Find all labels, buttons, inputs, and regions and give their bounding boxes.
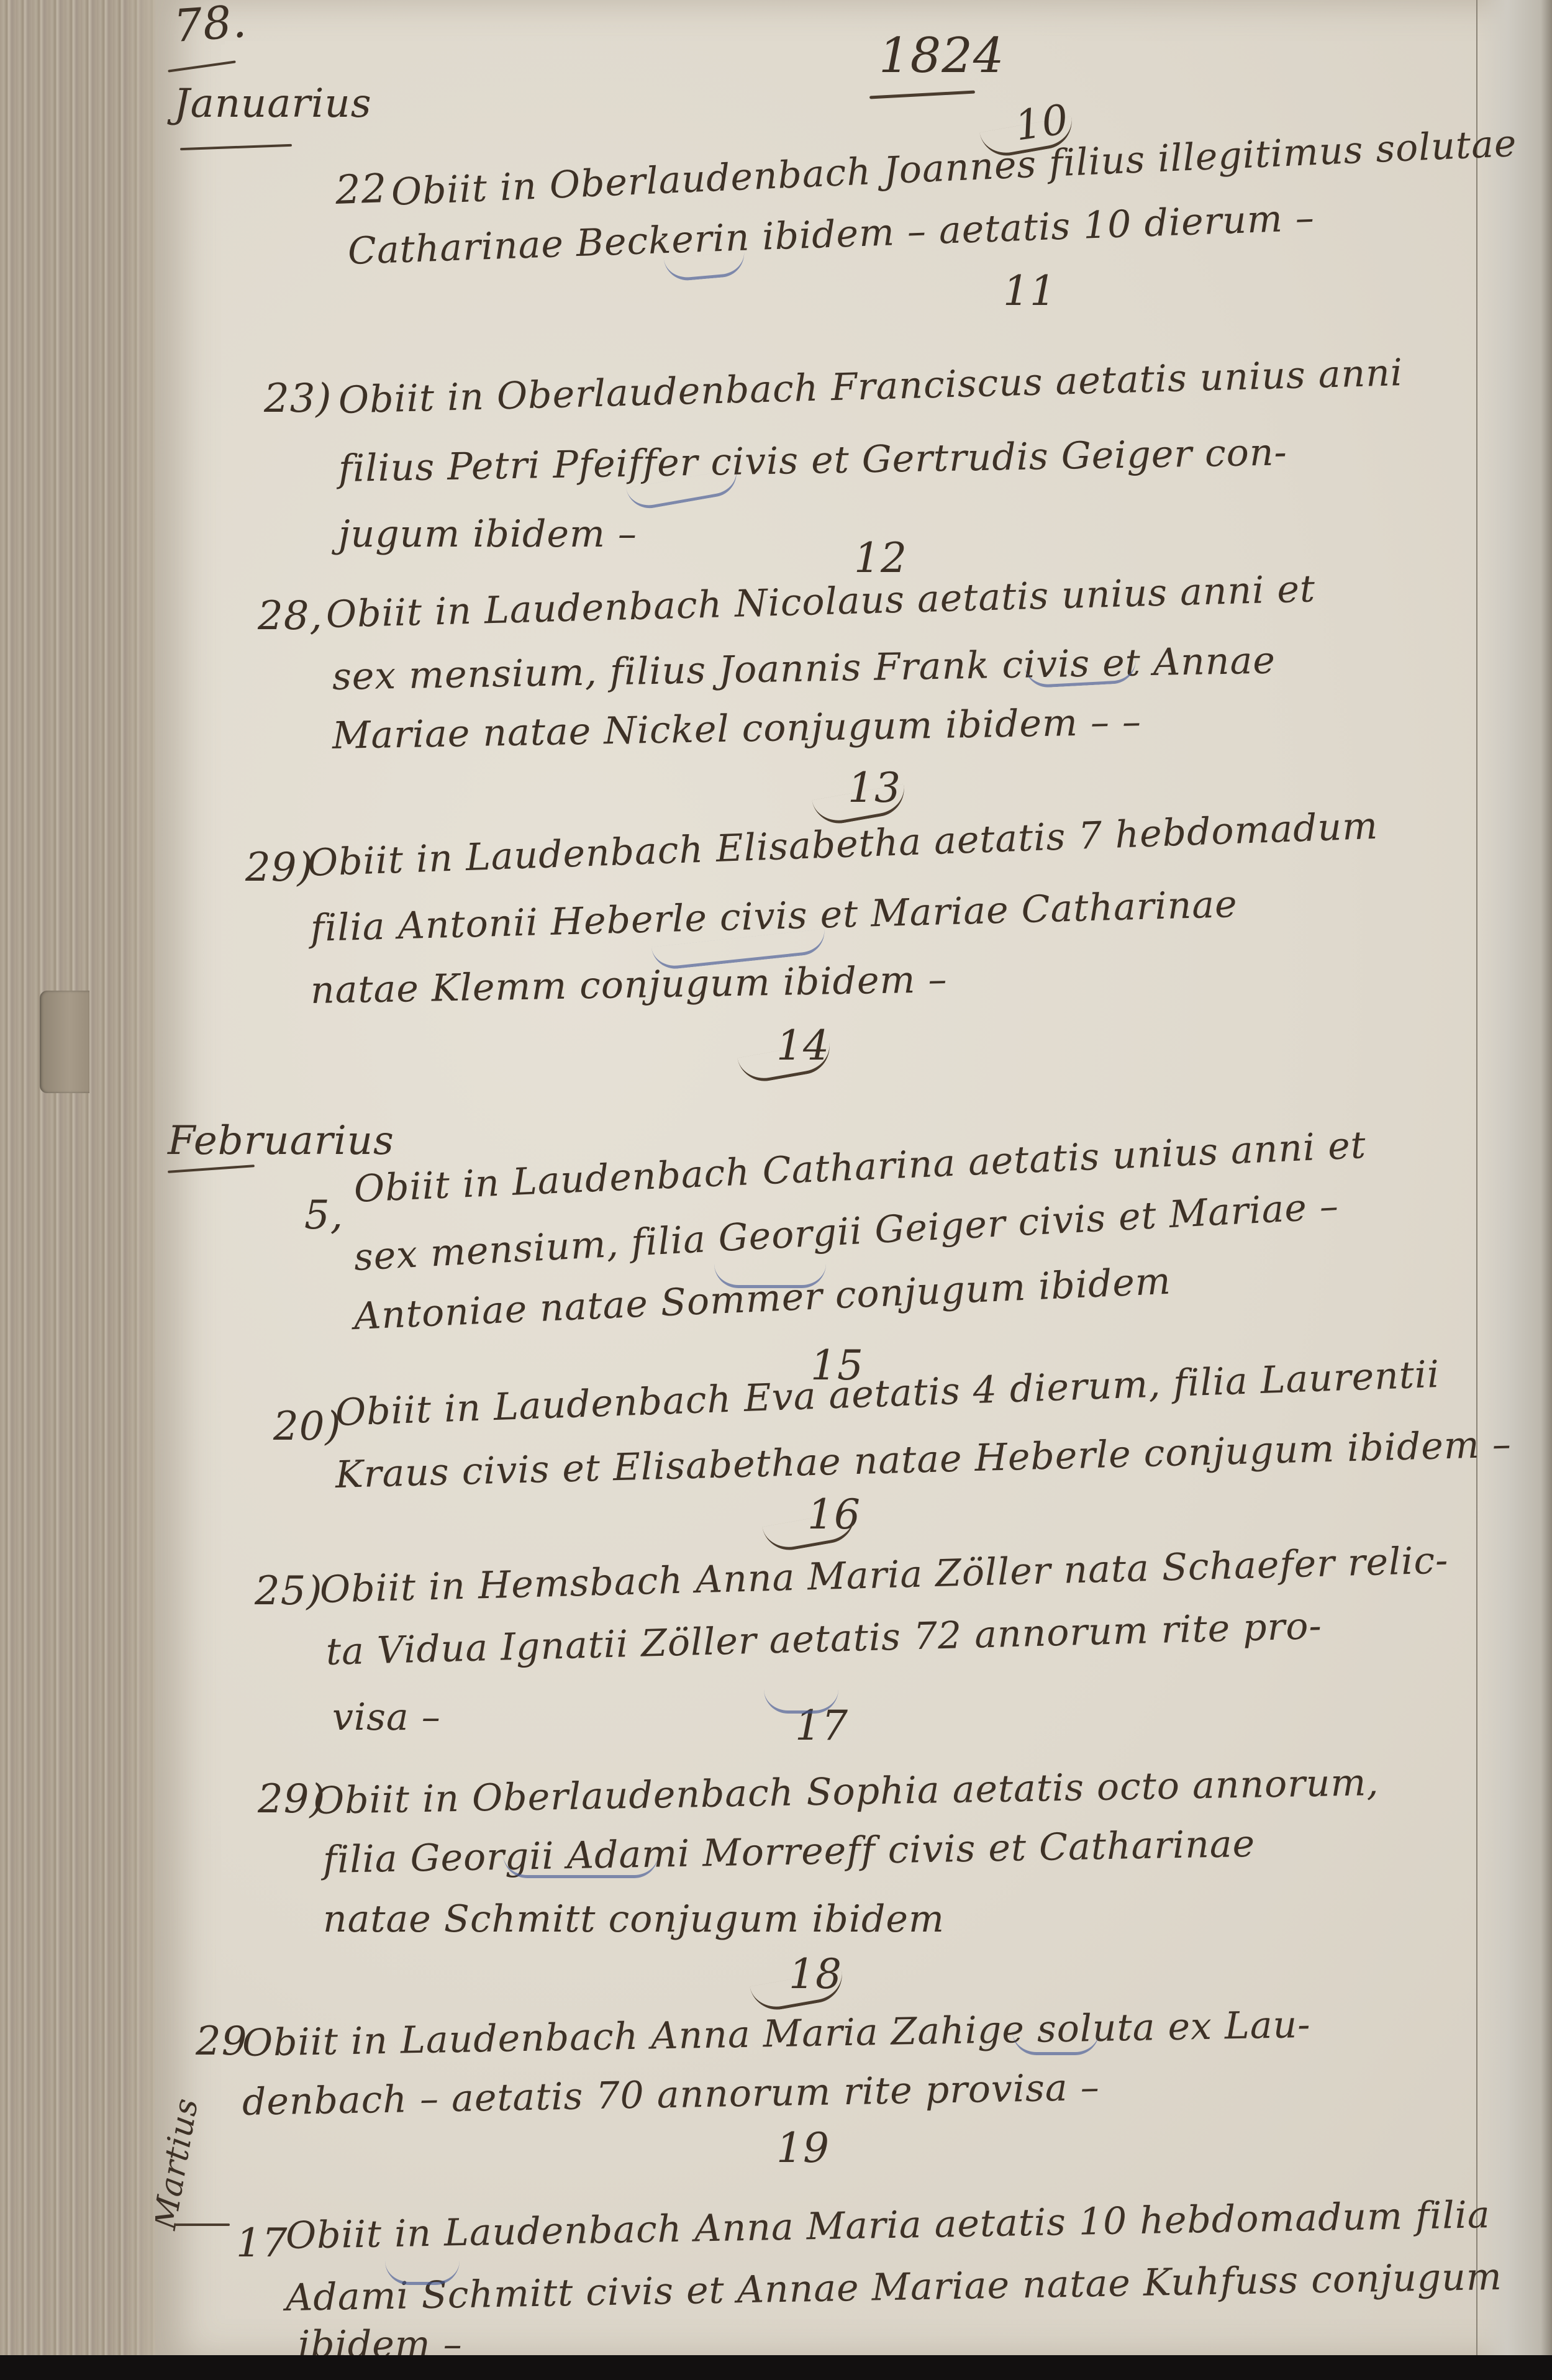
- entry-line: Obiit in Laudenbach Anna Maria aetatis 1…: [285, 2193, 1491, 2258]
- entry-number: 12: [854, 534, 907, 582]
- month-underline: [180, 144, 292, 150]
- entry-day: 20): [273, 1404, 341, 1450]
- month-underline: [174, 2223, 230, 2226]
- month-underline: [168, 1165, 255, 1173]
- entry-line: natae Klemm conjugum ibidem –: [310, 958, 948, 1012]
- entry-line: sex mensium, filius Joannis Frank civis …: [332, 638, 1276, 698]
- register-page: 78. 1824 Januarius 10 22 Obiit in Oberla…: [155, 0, 1552, 2360]
- entry-line: Obiit in Laudenbach Anna Maria Zahige so…: [242, 2003, 1311, 2065]
- page-fold: [1476, 0, 1552, 2360]
- entry-line: filius Petri Pfeiffer civis et Gertrudis…: [338, 430, 1287, 491]
- entry-number: 19: [776, 2124, 830, 2172]
- month-label-january: Januarius: [174, 81, 372, 127]
- entry-line: visa –: [332, 1696, 441, 1739]
- book-page-edges: [0, 0, 161, 2360]
- entry-day: 28,: [258, 593, 323, 639]
- entry-day: 17: [236, 2220, 288, 2266]
- entry-day: 29: [196, 2019, 247, 2064]
- entry-line: Obiit in Oberlaudenbach Franciscus aetat…: [338, 351, 1404, 422]
- entry-line: Mariae natae Nickel conjugum ibidem – –: [332, 700, 1141, 758]
- entry-line: ta Vidua Ignatii Zöller aetatis 72 annor…: [325, 1604, 1322, 1674]
- entry-line: Obiit in Oberlaudenbach Sophia aetatis o…: [313, 1761, 1379, 1823]
- entry-day: 25): [255, 1568, 322, 1614]
- month-label-march: Martius: [155, 2095, 206, 2232]
- entry-line: filia Georgii Adami Morreeff civis et Ca…: [322, 1822, 1255, 1882]
- blue-pencil-mark: [1012, 2031, 1099, 2055]
- month-label-february: Februarius: [168, 1118, 394, 1164]
- entry-day: 29): [245, 845, 313, 891]
- entry-day: 23): [264, 376, 332, 422]
- entry-line: natae Schmitt conjugum ibidem: [323, 1897, 945, 1941]
- page-tab-marker: [40, 991, 89, 1093]
- year-heading: 1824: [879, 28, 1005, 84]
- entry-line: jugum ibidem –: [338, 512, 637, 556]
- entry-line: ibidem –: [298, 2323, 463, 2360]
- page-number: 78.: [172, 0, 248, 52]
- entry-line: Obiit in Hemsbach Anna Maria Zöller nata…: [319, 1538, 1449, 1612]
- entry-line: Adami Schmitt civis et Annae Mariae nata…: [285, 2255, 1502, 2320]
- entry-line: denbach – aetatis 70 annorum rite provis…: [242, 2066, 1100, 2124]
- blue-pencil-mark: [714, 1264, 826, 1288]
- scan-bottom-shadow: [0, 2355, 1552, 2380]
- entry-day: 5,: [304, 1192, 343, 1238]
- entry-line: Obiit in Laudenbach Nicolaus aetatis uni…: [325, 567, 1316, 637]
- entry-line: Obiit in Oberlaudenbach Joannes filius i…: [390, 122, 1517, 214]
- entry-line: Obiit in Laudenbach Eva aetatis 4 dierum…: [335, 1353, 1441, 1435]
- page-number-underline: [168, 60, 235, 72]
- year-underline: [869, 91, 975, 99]
- entry-number: 11: [1003, 267, 1056, 315]
- entry-day: 22: [335, 166, 388, 214]
- entry-line: Kraus civis et Elisabethae natae Heberle…: [335, 1422, 1512, 1497]
- blue-pencil-mark: [503, 1854, 658, 1878]
